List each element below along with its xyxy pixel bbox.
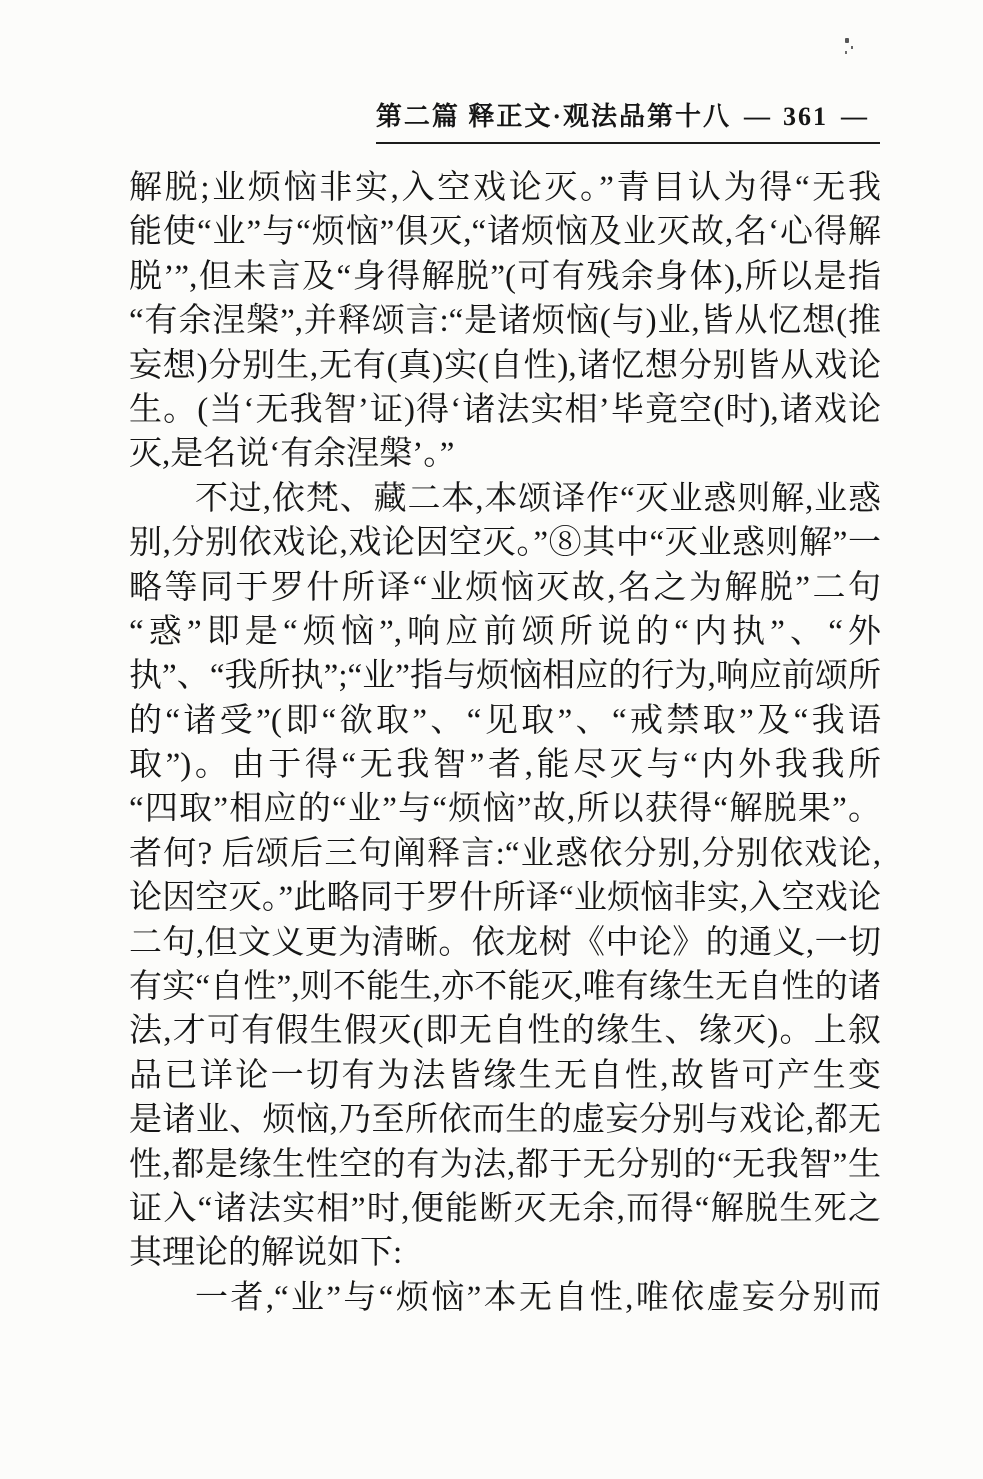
text-line: 解脱;业烦恼非实,入空戏论灭。”青目认为得“无我智”者, <box>129 166 881 210</box>
scan-ink-artifact <box>845 38 849 43</box>
text-line: 是诸业、烦恼,乃至所依而生的虚妄分别与戏论,都无自 <box>129 1098 881 1142</box>
text-line: 的“诸受”(即“欲取”、“见取”、“戒禁取”及“我语取”等“四 <box>129 699 881 743</box>
body-text: 解脱;业烦恼非实,入空戏论灭。”青目认为得“无我智”者, 能使“业”与“烦恼”俱… <box>129 166 881 1320</box>
text-line: 脱’”,但未言及“身得解脱”(可有残余身体),所以是指得 <box>129 255 881 299</box>
page-number-right-dash: — <box>841 102 867 132</box>
text-line: 其理论的解说如下: <box>129 1231 881 1275</box>
scanned-book-page: 第二篇 释正文·观法品第十八 — 361 — 解脱;业烦恼非实,入空戏论灭。”青… <box>0 0 983 1479</box>
text-line: 法,才可有假生假灭(即无自性的缘生、缘灭)。上叙十七 <box>129 1009 881 1053</box>
page-number-left-dash: — <box>744 102 770 132</box>
text-line: “有余涅槃”,并释颂言:“是诸烦恼(与)业,皆从忆想(推忆 <box>129 299 881 343</box>
text-line: 能使“业”与“烦恼”俱灭,“诸烦恼及业灭故,名‘心得解 <box>129 210 881 254</box>
text-line: 证入“诸法实相”时,便能断灭无余,而得“解脱生死之果”。 <box>129 1187 881 1231</box>
text-line: 生。(当‘无我智’证)得‘诸法实相’毕竟空(时),诸戏论则 <box>129 388 881 432</box>
text-line: 取”)。由于得“无我智”者,能尽灭与“内外我我所执”及 <box>129 743 881 787</box>
page-header: 第二篇 释正文·观法品第十八 — 361 — <box>376 96 880 144</box>
chapter-title: 第二篇 释正文·观法品第十八 <box>376 96 731 133</box>
text-line: 别,分别依戏论,戏论因空灭。”⑧其中“灭业惑则解”一句, <box>129 521 881 565</box>
text-line: 执”、“我所执”;“业”指与烦恼相应的行为,响应前颂所说 <box>129 654 881 698</box>
text-line: 二句,但文义更为清晰。依龙树《中论》的通义,一切法若 <box>129 921 881 965</box>
text-line: 灭,是名说‘有余涅槃’。” <box>129 432 881 476</box>
text-line: 妄想)分别生,无有(真)实(自性),诸忆想分别皆从戏论 <box>129 344 881 388</box>
text-line: 者何? 后颂后三句阐释言:“业惑依分别,分别依戏论,戏 <box>129 832 881 876</box>
text-line: 品已详论一切有为法皆缘生无自性,故皆可产生变化。如 <box>129 1054 881 1098</box>
text-line: 略等同于罗什所译“业烦恼灭故,名之为解脱”二句义。 <box>129 566 881 610</box>
text-line: 论因空灭。”此略同于罗什所译“业烦恼非实,入空戏论灭” <box>129 876 881 920</box>
text-line: 不过,依梵、藏二本,本颂译作“灭业惑则解,业惑依分 <box>129 477 881 521</box>
page-number: 361 <box>783 102 828 132</box>
text-line: 性,都是缘生性空的有为法,都于无分别的“无我智”生起, <box>129 1143 881 1187</box>
text-line: “四取”相应的“业”与“烦恼”故,所以获得“解脱果”。所以 <box>129 787 881 831</box>
text-line: 一者,“业”与“烦恼”本无自性,唯依虚妄分别而有。 <box>129 1276 881 1320</box>
text-line: “惑”即是“烦恼”,响应前颂所说的“内执”、“外执”、“我 <box>129 610 881 654</box>
text-line: 有实“自性”,则不能生,亦不能灭,唯有缘生无自性的诸 <box>129 965 881 1009</box>
